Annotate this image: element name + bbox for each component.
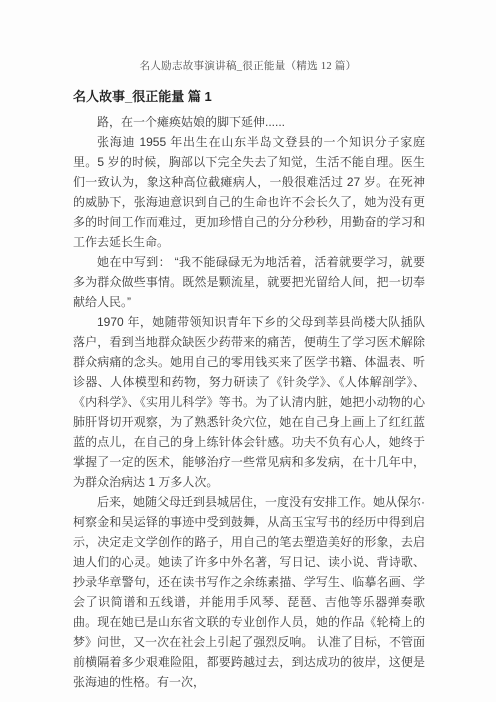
paragraph: 1970 年，她随带领知识青年下乡的父母到莘县尚楼大队插队落户，看到当地群众缺医… [73,312,425,492]
paragraph: 张海迪 1955 年出生在山东半岛文登县的一个知识分子家庭里。5 岁的时候，胸部… [73,132,425,252]
document-body: 路，在一个瘫痪姑娘的脚下延伸...... 张海迪 1955 年出生在山东半岛文登… [73,112,425,692]
paragraph: 路，在一个瘫痪姑娘的脚下延伸...... [73,112,425,132]
document-page: 名人励志故事演讲稿_很正能量（精选 12 篇） 名人故事_很正能量 篇 1 路，… [0,0,496,702]
document-title: 名人励志故事演讲稿_很正能量（精选 12 篇） [0,0,496,73]
paragraph: 后来，她随父母迁到县城居住，一度没有安排工作。她从保尔·柯察金和吴运铎的事迹中受… [73,492,425,692]
section-heading: 名人故事_很正能量 篇 1 [73,89,425,105]
paragraph: 她在中写到： “我不能碌碌无为地活着，活着就要学习，就要多为群众做些事情。既然是… [73,252,425,312]
